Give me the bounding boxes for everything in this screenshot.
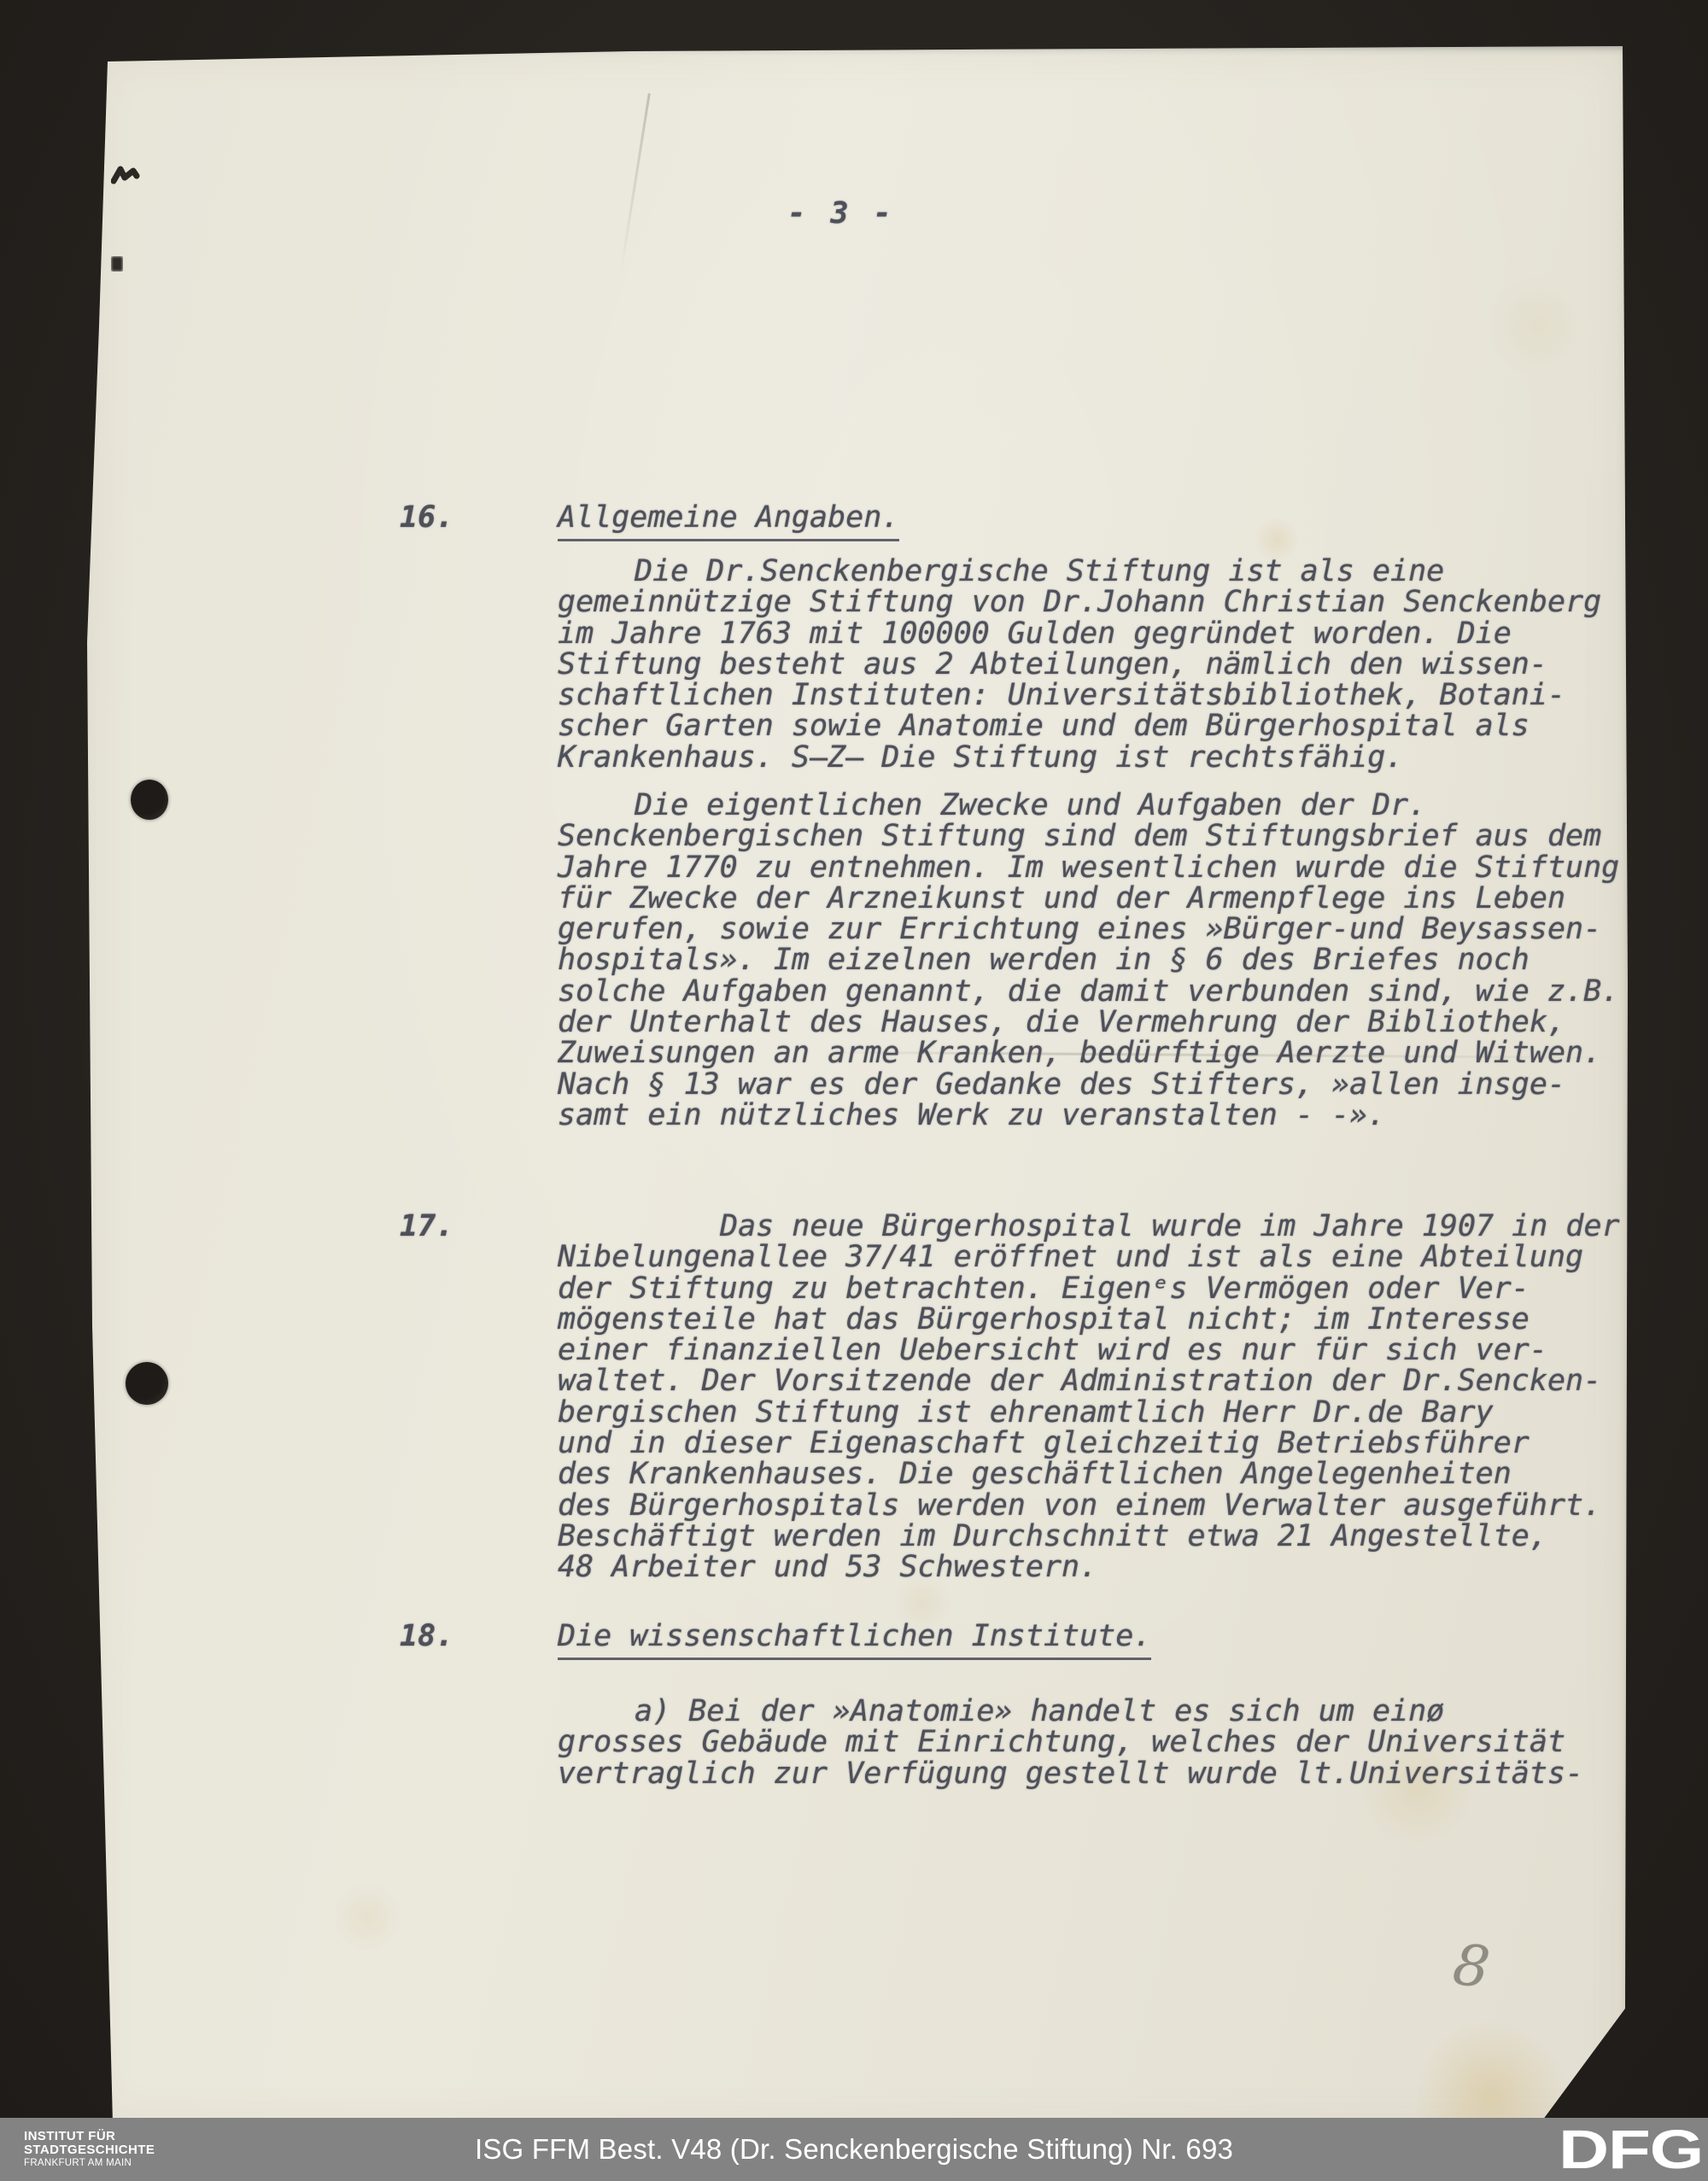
text-line: des Krankenhauses. Die geschäftlichen An… bbox=[558, 1459, 1620, 1489]
text-line: scher Garten sowie Anatomie und dem Bürg… bbox=[558, 710, 1601, 741]
text-line: Senckenbergischen Stiftung sind dem Stif… bbox=[558, 821, 1619, 851]
section-number-18: 18. bbox=[400, 1621, 453, 1652]
paragraph: Das neue Bürgerhospital wurde im Jahre 1… bbox=[558, 1211, 1620, 1583]
text-line: bergischen Stiftung ist ehrenamtlich Her… bbox=[558, 1397, 1620, 1428]
text-line: im Jahre 1763 mit 100000 Gulden gegründe… bbox=[558, 618, 1601, 649]
isg-institute-logo: INSTITUT FÜR STADTGESCHICHTE FRANKFURT A… bbox=[24, 2130, 155, 2169]
text-line: Das neue Bürgerhospital wurde im Jahre 1… bbox=[720, 1211, 1620, 1242]
text-line: grosses Gebäude mit Einrichtung, welches… bbox=[558, 1727, 1583, 1757]
section-number-17: 17. bbox=[400, 1211, 453, 1242]
paragraph: a) Bei der »Anatomie» handelt es sich um… bbox=[558, 1696, 1583, 1789]
section-heading-18: Die wissenschaftlichen Institute. bbox=[558, 1621, 1151, 1660]
section-number-16: 16. bbox=[400, 502, 453, 533]
text-line: Die eigentlichen Zwecke und Aufgaben der… bbox=[635, 790, 1619, 821]
institute-name-line: INSTITUT FÜR bbox=[24, 2130, 155, 2143]
text-line: samt ein nützliches Werk zu veranstalten… bbox=[558, 1100, 1619, 1131]
text-line: waltet. Der Vorsitzende der Administrati… bbox=[558, 1365, 1620, 1396]
text-line: des Bürgerhospitals werden von einem Ver… bbox=[558, 1490, 1620, 1521]
text-line: a) Bei der »Anatomie» handelt es sich um… bbox=[635, 1696, 1583, 1727]
text-line: der Unterhalt des Hauses, die Vermehrung… bbox=[558, 1007, 1619, 1038]
text-line: 48 Arbeiter und 53 Schwestern. bbox=[558, 1552, 1620, 1582]
text-line: Beschäftigt werden im Durchschnitt etwa … bbox=[558, 1521, 1620, 1552]
text-line: gemeinnützige Stiftung von Dr.Johann Chr… bbox=[558, 587, 1601, 617]
document-page: - 3 - 16. Allgemeine Angaben. Die Dr.Sen… bbox=[85, 44, 1629, 2131]
text-line: mögensteile hat das Bürgerhospital nicht… bbox=[558, 1304, 1620, 1335]
section-heading-16: Allgemeine Angaben. bbox=[558, 502, 899, 541]
text-line: Zuweisungen an arme Kranken, bedürftige … bbox=[558, 1038, 1619, 1068]
staple-mark bbox=[111, 256, 123, 272]
paragraph: Die eigentlichen Zwecke und Aufgaben der… bbox=[558, 790, 1619, 1131]
institute-city-line: FRANKFURT AM MAIN bbox=[24, 2157, 155, 2169]
text-line: Jahre 1770 zu entnehmen. Im wesentlichen… bbox=[558, 852, 1619, 883]
handwritten-page-number: 8 bbox=[1449, 1932, 1493, 2002]
paper-crease bbox=[619, 93, 651, 275]
text-line: Die Dr.Senckenbergische Stiftung ist als… bbox=[635, 556, 1601, 587]
text-line: hospitals». Im eizelnen werden in § 6 de… bbox=[558, 944, 1619, 975]
dfg-logo: DFG bbox=[1559, 2118, 1703, 2181]
text-line: Stiftung besteht aus 2 Abteilungen, näml… bbox=[558, 649, 1601, 680]
archive-reference: ISG FFM Best. V48 (Dr. Senckenbergische … bbox=[475, 2133, 1233, 2166]
text-line: für Zwecke der Arzneikunst und der Armen… bbox=[558, 883, 1619, 914]
punch-hole bbox=[126, 1362, 168, 1405]
text-line: Krankenhaus. S̶Z̶ Die Stiftung ist recht… bbox=[558, 742, 1601, 773]
paragraph: Die Dr.Senckenbergische Stiftung ist als… bbox=[558, 556, 1601, 773]
text-line: schaftlichen Instituten: Universitätsbib… bbox=[558, 680, 1601, 710]
text-line: solche Aufgaben genannt, die damit verbu… bbox=[558, 976, 1619, 1007]
text-line: gerufen, sowie zur Errichtung eines »Bür… bbox=[558, 914, 1619, 944]
text-line: Nach § 13 war es der Gedanke des Stifter… bbox=[558, 1069, 1619, 1100]
text-line: Nibelungenallee 37/41 eröffnet und ist a… bbox=[558, 1242, 1620, 1272]
page-number: - 3 - bbox=[777, 198, 905, 229]
text-line: und in dieser Eigenaschaft gleichzeitig … bbox=[558, 1428, 1620, 1459]
text-line: vertraglich zur Verfügung gestellt wurde… bbox=[558, 1758, 1583, 1789]
staple-mark bbox=[111, 164, 140, 190]
institute-name-line: STADTGESCHICHTE bbox=[24, 2143, 155, 2157]
text-line: einer finanziellen Uebersicht wird es nu… bbox=[558, 1335, 1620, 1365]
text-line: der Stiftung zu betrachten. Eigenᵉs Verm… bbox=[558, 1273, 1620, 1304]
scanned-document-viewer: - 3 - 16. Allgemeine Angaben. Die Dr.Sen… bbox=[0, 0, 1708, 2181]
punch-hole bbox=[131, 780, 168, 820]
archive-footer-bar: INSTITUT FÜR STADTGESCHICHTE FRANKFURT A… bbox=[0, 2118, 1708, 2181]
